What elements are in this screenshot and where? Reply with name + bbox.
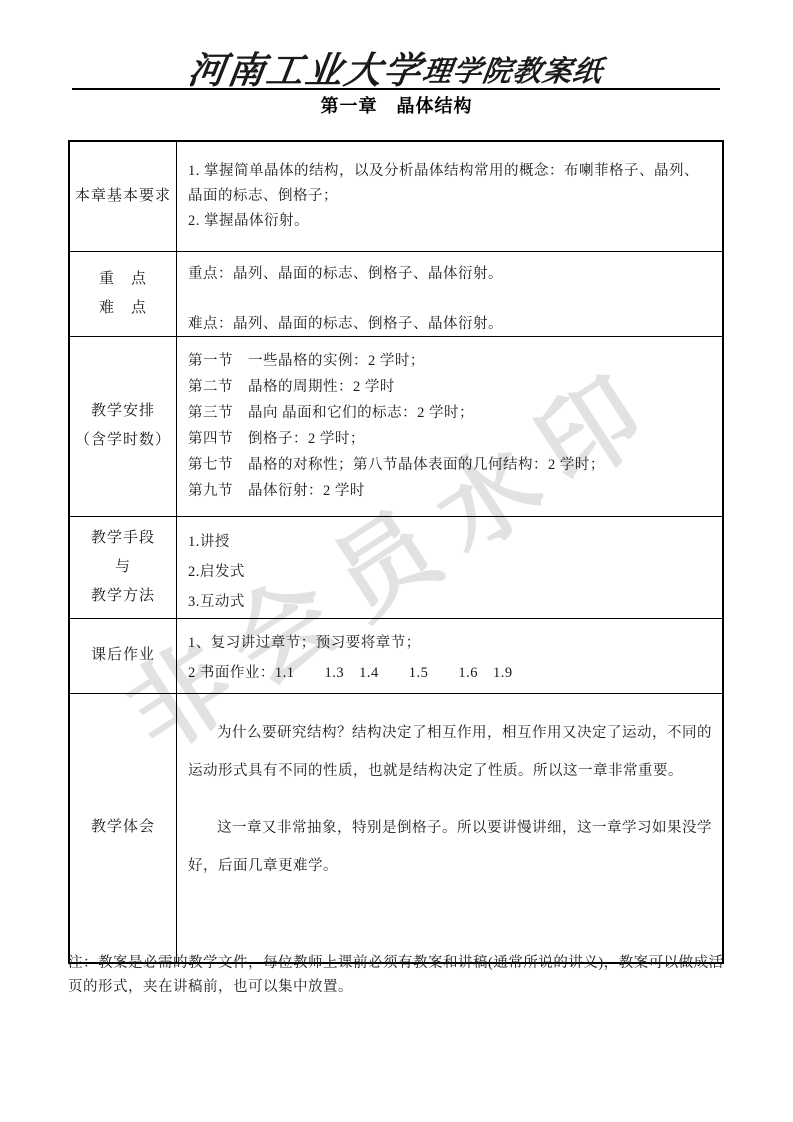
row-content-cell: 第一节 一些晶格的实例：2 学时； 第二节 晶格的周期性：2 学时 第三节 晶向… (177, 336, 724, 516)
content-line: 1、复习讲过章节；预习要将章节； (188, 628, 712, 658)
content-paragraph: 为什么要研究结构？结构决定了相互作用，相互作用又决定了运动，不同的运动形式具有不… (188, 714, 712, 790)
label-line: 本章基本要求 (71, 182, 175, 211)
footer-note: 注：教案是必需的教学文件，每位教师上课前必须有教案和讲稿(通常所说的讲义)，教案… (68, 951, 728, 999)
label-line: 重 点 (71, 265, 175, 294)
chapter-title: 第一章 晶体结构 (0, 92, 793, 118)
content-line: 1. 掌握简单晶体的结构，以及分析晶体结构常用的概念：布喇菲格子、晶列、晶面的标… (188, 159, 712, 209)
label-line: 教学安排 (71, 397, 175, 426)
label-line: 难 点 (71, 294, 175, 323)
institution-name-calligraphy: 河南工业大学 (186, 40, 428, 94)
row-label-cell: 课后作业 (69, 618, 177, 693)
row-content-cell: 为什么要研究结构？结构决定了相互作用，相互作用又决定了运动，不同的运动形式具有不… (177, 693, 724, 963)
content-line: 第九节 晶体衍射：2 学时 (188, 478, 712, 504)
table-row-homework: 课后作业 1、复习讲过章节；预习要将章节； 2 书面作业：1.1 1.3 1.4… (69, 618, 723, 693)
content-paragraph: 这一章又非常抽象，特别是倒格子。所以要讲慢讲细，这一章学习如果没学好，后面几章更… (188, 809, 712, 885)
label-line: 教学手段 (71, 524, 175, 553)
content-line: 第一节 一些晶格的实例：2 学时； (188, 348, 712, 374)
content-line: 第四节 倒格子：2 学时； (188, 426, 712, 452)
header-rule (72, 88, 720, 90)
row-content-cell: 重点：晶列、晶面的标志、倒格子、晶体衍射。 难点：晶列、晶面的标志、倒格子、晶体… (177, 251, 724, 336)
row-label-cell: 本章基本要求 (69, 141, 177, 251)
row-content-cell: 1、复习讲过章节；预习要将章节； 2 书面作业：1.1 1.3 1.4 1.5 … (177, 618, 724, 693)
department-suffix-calligraphy: 理学院教案纸 (421, 49, 607, 90)
content-line: 第七节 晶格的对称性；第八节晶体表面的几何结构：2 学时； (188, 452, 712, 478)
content-line: 2. 掌握晶体衍射。 (188, 209, 712, 234)
label-line: （含学时数） (71, 426, 175, 455)
label-line: 教学方法 (71, 582, 175, 611)
table-row-teaching-methods: 教学手段 与 教学方法 1.讲授 2.启发式 3.互动式 (69, 516, 723, 618)
content-line: 重点：晶列、晶面的标志、倒格子、晶体衍射。 (188, 263, 712, 285)
content-line: 难点：晶列、晶面的标志、倒格子、晶体衍射。 (188, 313, 712, 335)
row-label-cell: 教学手段 与 教学方法 (69, 516, 177, 618)
lesson-plan-table: 本章基本要求 1. 掌握简单晶体的结构，以及分析晶体结构常用的概念：布喇菲格子、… (68, 140, 724, 964)
teaching-plan-page: 非会员水印 河南工业大学理学院教案纸 第一章 晶体结构 本章基本要求 1. 掌握… (0, 0, 793, 1122)
label-line: 与 (71, 553, 175, 582)
institution-header: 河南工业大学理学院教案纸 (0, 40, 793, 94)
table-row-teaching-reflection: 教学体会 为什么要研究结构？结构决定了相互作用，相互作用又决定了运动，不同的运动… (69, 693, 723, 963)
label-line: 教学体会 (71, 813, 175, 842)
label-line: 课后作业 (71, 641, 175, 670)
table-row-key-difficult-points: 重 点 难 点 重点：晶列、晶面的标志、倒格子、晶体衍射。 难点：晶列、晶面的标… (69, 251, 723, 336)
content-line: 3.互动式 (188, 587, 712, 617)
table-row-basic-requirements: 本章基本要求 1. 掌握简单晶体的结构，以及分析晶体结构常用的概念：布喇菲格子、… (69, 141, 723, 251)
content-line: 第二节 晶格的周期性：2 学时 (188, 374, 712, 400)
content-line: 第三节 晶向 晶面和它们的标志：2 学时； (188, 400, 712, 426)
content-line: 2 书面作业：1.1 1.3 1.4 1.5 1.6 1.9 (188, 658, 712, 688)
row-content-cell: 1. 掌握简单晶体的结构，以及分析晶体结构常用的概念：布喇菲格子、晶列、晶面的标… (177, 141, 724, 251)
row-label-cell: 教学体会 (69, 693, 177, 963)
row-label-cell: 教学安排 （含学时数） (69, 336, 177, 516)
table-row-teaching-schedule: 教学安排 （含学时数） 第一节 一些晶格的实例：2 学时； 第二节 晶格的周期性… (69, 336, 723, 516)
row-label-cell: 重 点 难 点 (69, 251, 177, 336)
content-line: 1.讲授 (188, 527, 712, 557)
content-line: 2.启发式 (188, 557, 712, 587)
row-content-cell: 1.讲授 2.启发式 3.互动式 (177, 516, 724, 618)
